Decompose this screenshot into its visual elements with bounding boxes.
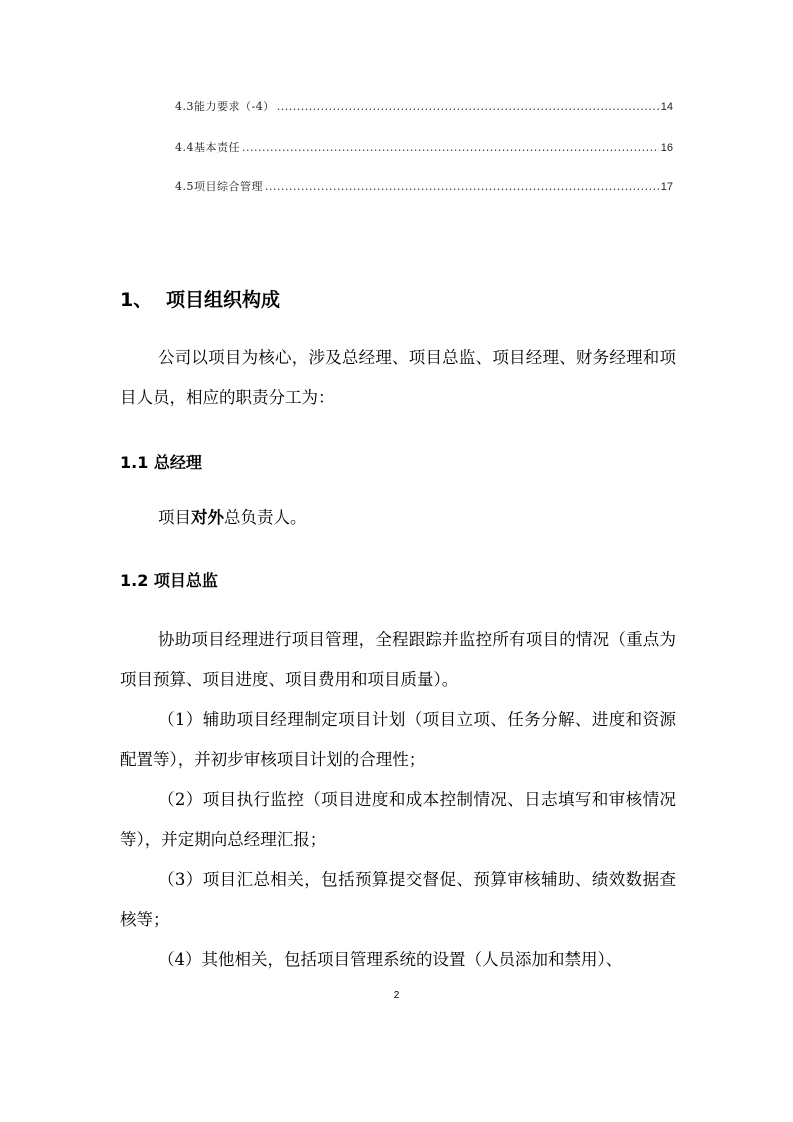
toc-entry[interactable]: 4.3能力要求（-4） 14 — [175, 98, 673, 114]
subsection-heading-project-director: 1.2 项目总监 — [120, 568, 218, 591]
section-title: 项目组织构成 — [166, 289, 280, 311]
section-heading-1: 1、项目组织构成 — [120, 285, 280, 312]
toc-entry[interactable]: 4.5项目综合管理 17 — [175, 178, 673, 194]
project-director-intro: 协助项目经理进行项目管理，全程跟踪并监控所有项目的情况（重点为项目预算、项目进度… — [120, 620, 676, 700]
toc-entry-page: 16 — [661, 142, 673, 154]
duty-item: （1）辅助项目经理制定项目计划（项目立项、任务分解、进度和资源配置等），并初步审… — [120, 700, 676, 780]
toc-leader-dots — [265, 180, 659, 193]
subsection-heading-general-manager: 1.1 总经理 — [120, 450, 202, 473]
duty-item: （2）项目执行监控（项目进度和成本控制情况、日志填写和审核情况等），并定期向总经… — [120, 780, 676, 860]
duty-item: （4）其他相关，包括项目管理系统的设置（人员添加和禁用）、 — [120, 940, 676, 980]
toc-entry-page: 14 — [661, 101, 673, 113]
toc-leader-dots — [277, 100, 659, 113]
text-segment: 项目 — [158, 508, 191, 527]
toc-entry-label: 4.3能力要求（-4） — [175, 98, 275, 114]
section-intro-paragraph: 公司以项目为核心，涉及总经理、项目总监、项目经理、财务经理和项目人员，相应的职责… — [120, 338, 676, 418]
bold-text-segment: 对外 — [191, 508, 224, 527]
section-number: 1、 — [120, 285, 166, 312]
general-manager-paragraph: 项目对外总负责人。 — [120, 498, 676, 538]
toc-entry-page: 17 — [661, 181, 673, 193]
text-segment: 总负责人。 — [224, 508, 307, 527]
page-number: 2 — [0, 990, 793, 1001]
toc-entry[interactable]: 4.4基本责任 16 — [175, 139, 673, 155]
toc-leader-dots — [242, 141, 659, 154]
toc-entry-label: 4.5项目综合管理 — [175, 178, 263, 194]
toc-entry-label: 4.4基本责任 — [175, 139, 240, 155]
duty-item: （3）项目汇总相关，包括预算提交督促、预算审核辅助、绩效数据查核等； — [120, 860, 676, 940]
